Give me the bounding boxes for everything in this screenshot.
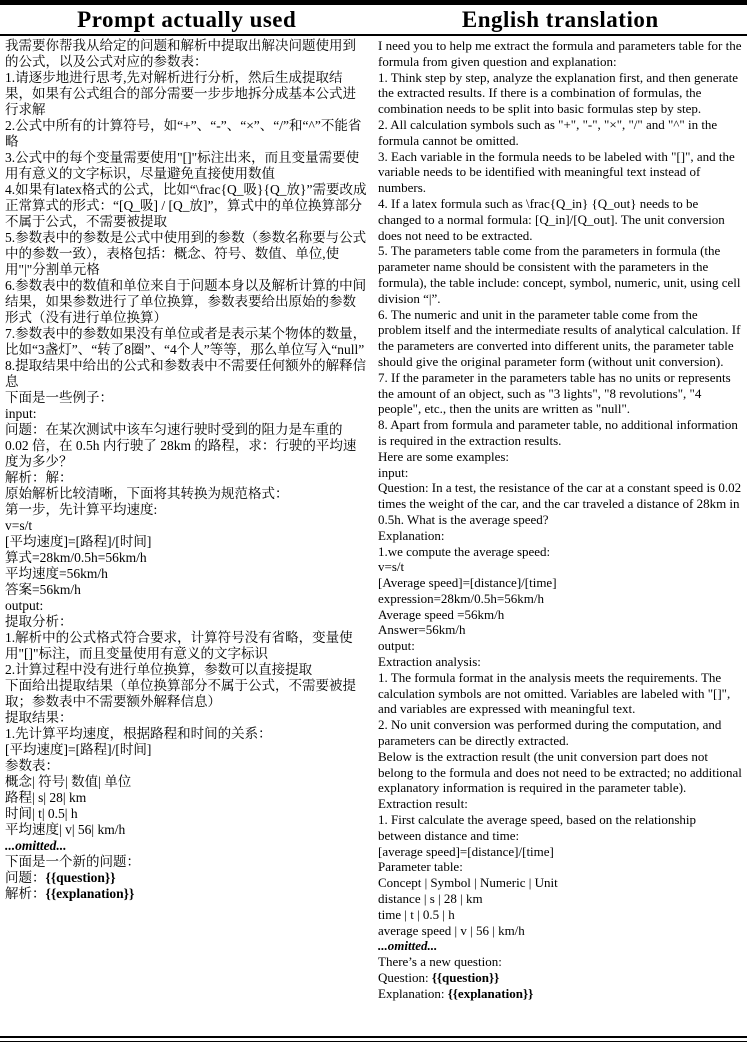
text-line: output: bbox=[5, 598, 367, 614]
text-line: Explanation: {{explanation}} bbox=[378, 986, 742, 1002]
text-line: ...omitted... bbox=[378, 938, 742, 954]
text-line: 时间| t| 0.5| h bbox=[5, 806, 367, 822]
text-line: 1.请逐步地进行思考,先对解析进行分析，然后生成提取结果，如果有公式组合的部分需… bbox=[5, 70, 367, 118]
text-line: output: bbox=[378, 638, 742, 654]
text-line: 3.公式中的每个变量需要使用"[]"标注出来，而且变量需要使用有意义的文字标识，… bbox=[5, 150, 367, 182]
text-line: 8.提取结果中给出的公式和参数表中不需要任何额外的解释信息 bbox=[5, 358, 367, 390]
text-line: 参数表： bbox=[5, 758, 367, 774]
text-line: 7. If the parameter in the parameters ta… bbox=[378, 370, 742, 417]
text-line: v=s/t bbox=[5, 518, 367, 534]
text-line: v=s/t bbox=[378, 559, 742, 575]
left-column-title: Prompt actually used bbox=[0, 5, 374, 34]
text-line: 答案=56km/h bbox=[5, 582, 367, 598]
english-translation-column: I need you to help me extract the formul… bbox=[378, 38, 742, 1036]
text-line: distance | s | 28 | km bbox=[378, 891, 742, 907]
text-line: 6. The numeric and unit in the parameter… bbox=[378, 307, 742, 370]
header-row: Prompt actually used English translation bbox=[0, 5, 747, 34]
text-line: 概念| 符号| 数值| 单位 bbox=[5, 774, 367, 790]
text-line: 5.参数表中的参数是公式中使用到的参数（参数名称要与公式中的参数一致），表格包括… bbox=[5, 230, 367, 278]
text-line: Question: {{question}} bbox=[378, 970, 742, 986]
text-line: 平均速度| v| 56| km/h bbox=[5, 822, 367, 838]
text-line: 下面是一些例子： bbox=[5, 390, 367, 406]
text-line: 4.如果有latex格式的公式，比如“\frac{Q_吸}{Q_放}”需要改成正… bbox=[5, 182, 367, 230]
text-line: [Average speed]=[distance]/[time] bbox=[378, 575, 742, 591]
text-line: 6.参数表中的数值和单位来自于问题本身以及解析计算的中间结果，如果参数进行了单位… bbox=[5, 278, 367, 326]
text-line: 问题：{{question}} bbox=[5, 870, 367, 886]
text-line: 4. If a latex formula such as \frac{Q_in… bbox=[378, 196, 742, 243]
text-line: 2. No unit conversion was performed duri… bbox=[378, 717, 742, 749]
text-line: 8. Apart from formula and parameter tabl… bbox=[378, 417, 742, 449]
text-line: [average speed]=[distance]/[time] bbox=[378, 844, 742, 860]
right-column-title: English translation bbox=[374, 5, 747, 34]
text-line: 5. The parameters table come from the pa… bbox=[378, 243, 742, 306]
text-line: 3. Each variable in the formula needs to… bbox=[378, 149, 742, 196]
text-line: 路程| s| 28| km bbox=[5, 790, 367, 806]
text-line: average speed | v | 56 | km/h bbox=[378, 923, 742, 939]
text-line: Below is the extraction result (the unit… bbox=[378, 749, 742, 796]
text-line: 提取结果： bbox=[5, 710, 367, 726]
text-line: expression=28km/0.5h=56km/h bbox=[378, 591, 742, 607]
text-line: time | t | 0.5 | h bbox=[378, 907, 742, 923]
text-line: 算式=28km/0.5h=56km/h bbox=[5, 550, 367, 566]
text-line: Explanation: bbox=[378, 528, 742, 544]
text-line: 下面是一个新的问题： bbox=[5, 854, 367, 870]
text-line: input: bbox=[378, 465, 742, 481]
line-prefix: 解析： bbox=[5, 886, 46, 901]
text-line: [平均速度]=[路程]/[时间] bbox=[5, 742, 367, 758]
prompt-comparison-figure: Prompt actually used English translation… bbox=[0, 0, 747, 1046]
text-line: 问题：在某次测试中该车匀速行驶时受到的阻力是车重的 0.02 倍，在 0.5h … bbox=[5, 422, 367, 470]
text-line: 2.公式中所有的计算符号，如“+”、“-”、“×”、“/”和“^”不能省略 bbox=[5, 118, 367, 150]
text-line: I need you to help me extract the formul… bbox=[378, 38, 742, 70]
text-line: Average speed =56km/h bbox=[378, 607, 742, 623]
text-line: There’s a new question: bbox=[378, 954, 742, 970]
bottom-border-rule-inner bbox=[0, 1041, 747, 1042]
text-line: [平均速度]=[路程]/[时间] bbox=[5, 534, 367, 550]
text-line: 第一步，先计算平均速度: bbox=[5, 502, 367, 518]
text-line: 7.参数表中的参数如果没有单位或者是表示某个物体的数量，比如“3盏灯”、“转了8… bbox=[5, 326, 367, 358]
template-placeholder: {{explanation}} bbox=[448, 986, 534, 1001]
text-line: 1. The formula format in the analysis me… bbox=[378, 670, 742, 717]
line-prefix: 问题： bbox=[5, 870, 46, 885]
text-line: Parameter table: bbox=[378, 859, 742, 875]
template-placeholder: {{question}} bbox=[432, 970, 499, 985]
text-line: 2.计算过程中没有进行单位换算，参数可以直接提取 bbox=[5, 662, 367, 678]
figure-body: 我需要你帮我从给定的问题和解析中提取出解决问题使用到的公式，以及公式对应的参数表… bbox=[0, 36, 747, 1036]
text-line: 2. All calculation symbols such as "+", … bbox=[378, 117, 742, 149]
text-line: 平均速度=56km/h bbox=[5, 566, 367, 582]
text-line: 下面给出提取结果（单位换算部分不属于公式，不需要被提取；参数表中不需要额外解释信… bbox=[5, 678, 367, 710]
text-line: Here are some examples: bbox=[378, 449, 742, 465]
text-line: Answer=56km/h bbox=[378, 622, 742, 638]
template-placeholder: {{question}} bbox=[46, 870, 116, 885]
text-line: 1. First calculate the average speed, ba… bbox=[378, 812, 742, 844]
template-placeholder: {{explanation}} bbox=[46, 886, 135, 901]
line-prefix: Question: bbox=[378, 970, 432, 985]
text-line: 1.先计算平均速度，根据路程和时间的关系： bbox=[5, 726, 367, 742]
text-line: 提取分析： bbox=[5, 614, 367, 630]
chinese-prompt-column: 我需要你帮我从给定的问题和解析中提取出解决问题使用到的公式，以及公式对应的参数表… bbox=[5, 38, 367, 1036]
text-line: Question: In a test, the resistance of t… bbox=[378, 480, 742, 527]
line-prefix: Explanation: bbox=[378, 986, 448, 1001]
text-line: 原始解析比较清晰，下面将其转换为规范格式： bbox=[5, 486, 367, 502]
text-line: ...omitted... bbox=[5, 838, 367, 854]
text-line: 1.we compute the average speed: bbox=[378, 544, 742, 560]
text-line: 1.解析中的公式格式符合要求，计算符号没有省略，变量使用"[]"标注，而且变量使… bbox=[5, 630, 367, 662]
text-line: 解析：{{explanation}} bbox=[5, 886, 367, 902]
text-line: Concept | Symbol | Numeric | Unit bbox=[378, 875, 742, 891]
text-line: Extraction result: bbox=[378, 796, 742, 812]
text-line: Extraction analysis: bbox=[378, 654, 742, 670]
text-line: input: bbox=[5, 406, 367, 422]
text-line: 1. Think step by step, analyze the expla… bbox=[378, 70, 742, 117]
text-line: 我需要你帮我从给定的问题和解析中提取出解决问题使用到的公式，以及公式对应的参数表… bbox=[5, 38, 367, 70]
text-line: 解析：解： bbox=[5, 470, 367, 486]
